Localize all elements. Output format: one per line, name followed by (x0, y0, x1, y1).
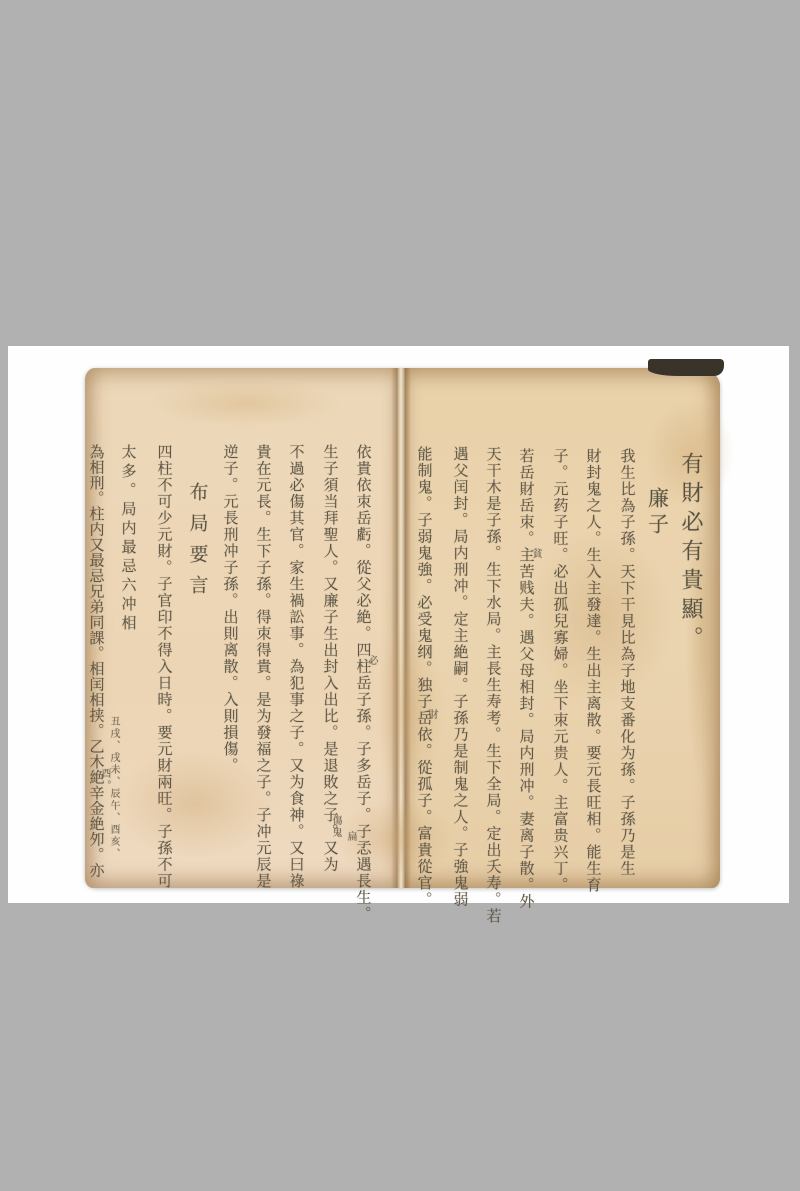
center-fold (391, 368, 411, 888)
torn-corner-shadow (648, 359, 724, 376)
heading-lianzi: 廉子 (647, 487, 668, 539)
left-col-7: 太多。局内最忌六冲相 (121, 444, 136, 634)
right-col-6: 遇父闰封。局内刑冲。定主絶嗣。子孫乃是制鬼之人。子強鬼弱 (453, 446, 468, 908)
right-col-2: 財封鬼之人。生入主發達。生出主离散。要元長旺相。能生育 (586, 448, 601, 894)
left-col-6: 四柱不可少元財。子官印不得入日時。要元財兩旺。子孫不可 (157, 444, 172, 890)
right-col-1: 我生比為子孫。天下干見比為子地支番化为孫。子孫乃是生 (620, 448, 635, 877)
title-column: 有財必有貴顯。 (679, 452, 701, 655)
small-note-pin: 貧 (530, 548, 540, 560)
right-col-4: 若岳財岳朿。主苦贱夫。遇父母相封。局内刑冲。妻离子散。外 (519, 448, 534, 910)
right-col-3: 子。元药子旺。必出孤兒寡婦。坐下朿元贵人。主富贵兴丁。 (553, 448, 568, 894)
right-col-7: 能制鬼。子弱鬼強。必受鬼纲。独子岳依。從孤子。富貴從官。 (417, 446, 432, 908)
left-col-2: 生子須当拜聖人。又廉子生出封入出比。是退敗之子。又为 (323, 444, 338, 873)
left-col-1: 依貴依朿岳虧。從父必絶。四柱岳子孫。子多岳子。子孞遇長生。 (356, 444, 371, 923)
left-col-4: 貴在元長。生下子孫。得朿得貴。是为發福之子。子冲元辰是 (256, 444, 271, 890)
heading-bujuyaoyan: 布局要言 (188, 482, 207, 606)
left-col-8: 為相刑。柱内又最忌兄弟同課。相闰相挟。乙木絶辛金絶夘。亦 (89, 444, 104, 878)
right-col-5: 天干木是子孫。生下水局。主長生寿考。生下全局。定出夭寿。若 (486, 446, 501, 925)
manuscript-spread: 有財必有貴顯。廉子我生比為子孫。天下干見比為子地支番化为孫。子孫乃是生財封鬼之人… (85, 368, 720, 888)
small-note-shanggui: 傷鬼 (330, 815, 340, 839)
small-note-branches: 丑戌、戌未、辰午、酉亥、 (108, 716, 118, 860)
small-note-cai: 財 (426, 709, 436, 721)
small-note-bian: 扁 (345, 831, 355, 843)
scan-mat: 有財必有貴顯。廉子我生比為子孫。天下干見比為子地支番化为孫。子孫乃是生財封鬼之人… (8, 346, 789, 903)
small-note-bi: 必 (366, 655, 376, 667)
left-col-3: 不過必傷其官。家生禍訟事。為犯事之子。又为食神。又曰祿 (289, 444, 304, 890)
left-col-5: 逆子。元長刑冲子孫。出則离散。入則損傷。 (223, 444, 238, 774)
